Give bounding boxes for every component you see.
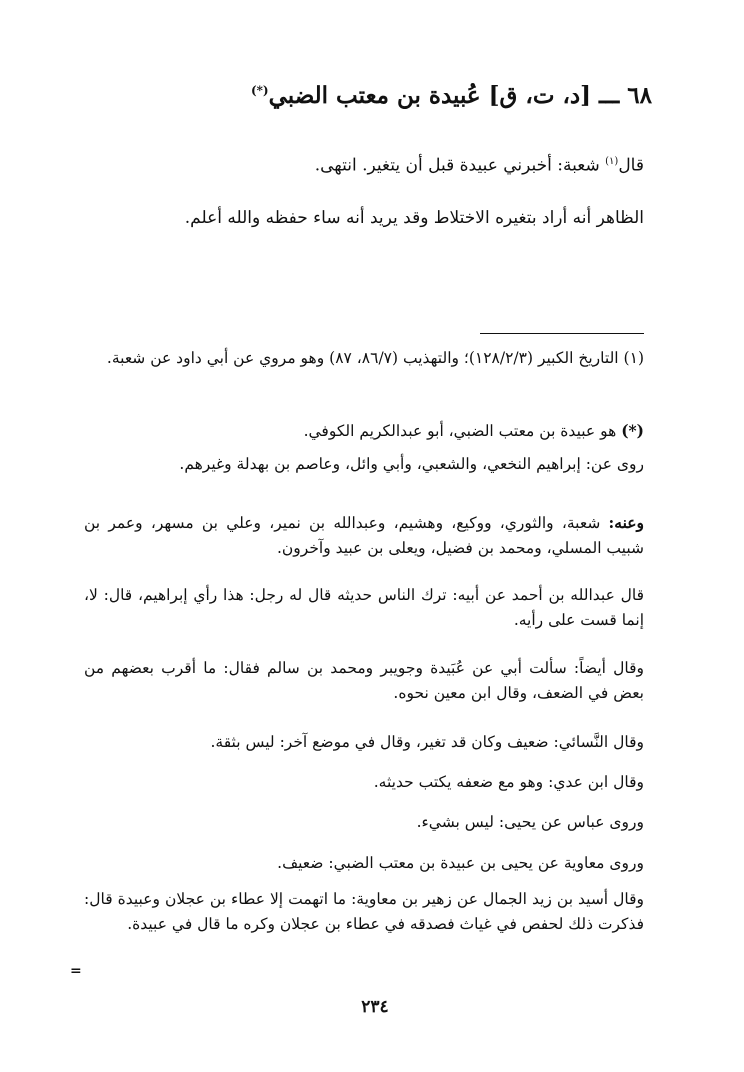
page-number: ٢٣٤ (340, 997, 410, 1017)
footnote-ibn-adi: وقال ابن عدي: وهو مع ضعفه يكتب حديثه. (84, 770, 644, 795)
footnote-label: وعنه: (609, 513, 644, 532)
footnote-rawi-from: روى عن: إبراهيم النخعي، والشعبي، وأبي وا… (84, 452, 644, 477)
body-prefix: قال (618, 156, 644, 176)
footnote-1: (١) التاريخ الكبير (١٢٨/٢/٣)؛ والتهذيب (… (84, 346, 644, 371)
footnote-ref-1[interactable]: (١) (605, 156, 618, 167)
footnote-nasai: وقال النَّسائي: ضعيف وكان قد تغير، وقال … (84, 730, 644, 755)
footnote-rawi-to: وعنه: شعبة، والثوري، ووكيع، وهشيم، وعبدا… (84, 510, 644, 561)
continuation-marker: = (70, 963, 82, 979)
footnote-text: شعبة، والثوري، ووكيع، وهشيم، وعبدالله بن… (84, 514, 644, 557)
entry-sigla: [د، ت، ق] (489, 82, 591, 109)
body-paragraph-2: الظاهر أنه أراد بتغيره الاختلاط وقد يريد… (104, 196, 644, 240)
body-paragraph-1: قال(١) شعبة: أخبرني عبيدة قبل أن يتغير. … (104, 142, 644, 186)
entry-heading: ٦٨ ـــ [د، ت، ق] عُبيدة بن معتب الضبي(*) (132, 82, 652, 109)
footnote-marker: (*) (621, 421, 644, 440)
book-page: ٦٨ ـــ [د، ت، ق] عُبيدة بن معتب الضبي(*)… (0, 0, 744, 1072)
footnote-star: (*) هو عبيدة بن معتب الضبي، أبو عبدالكري… (84, 418, 644, 444)
footnote-abbas: وروى عباس عن يحيى: ليس بشيء. (84, 810, 644, 835)
body-text: شعبة: أخبرني عبيدة قبل أن يتغير. انتهى. (315, 156, 605, 176)
footnote-text: التاريخ الكبير (١٢٨/٢/٣)؛ والتهذيب (٨٦/٧… (107, 349, 619, 367)
footnote-muawiya: وروى معاوية عن يحيى بن عبيدة بن معتب الض… (84, 851, 644, 876)
entry-number: ٦٨ ـــ (599, 82, 652, 109)
footnote-text: هو عبيدة بن معتب الضبي، أبو عبدالكريم ال… (304, 422, 617, 440)
footnote-usaid: وقال أسيد بن زيد الجمال عن زهير بن معاوي… (84, 887, 644, 937)
entry-name: عُبيدة بن معتب الضبي (269, 82, 481, 109)
footnote-also: وقال أيضاً: سألت أبي عن عُبَيدة وجويبر و… (84, 656, 644, 706)
footnote-separator (480, 333, 644, 334)
footnote-marker: (١) (624, 349, 644, 367)
entry-note-marker: (*) (251, 83, 269, 97)
footnote-ahmad: قال عبدالله بن أحمد عن أبيه: ترك الناس ح… (84, 583, 644, 633)
